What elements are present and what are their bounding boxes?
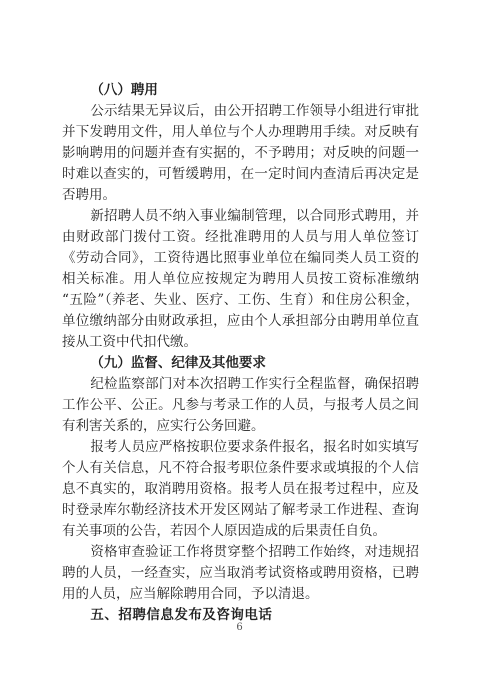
document-page: （八）聘用 公示结果无异议后，由公开招聘工作领导小组进行审批并下发聘用文件，用人… [0,0,479,678]
paragraph-qualification-review: 资格审查验证工作将贯穿整个招聘工作始终，对违规招聘的人员，一经查实，应当取消考试… [62,542,419,605]
paragraph-discipline-inspection: 纪检监察部门对本次招聘工作实行全程监督，确保招聘工作公平、公正。凡参与考录工作的… [62,374,419,437]
paragraph-application-rules: 报考人员应严格按职位要求条件报名，报名时如实填写个人有关信息，凡不符合报考职位条… [62,437,419,542]
page-number: 6 [0,621,479,635]
paragraph-public-notice: 公示结果无异议后，由公开招聘工作领导小组进行审批并下发聘用文件，用人单位与个人办… [62,101,419,206]
section-heading-supervision: （九）监督、纪律及其他要求 [62,353,419,374]
document-body: （八）聘用 公示结果无异议后，由公开招聘工作领导小组进行审批并下发聘用文件，用人… [62,80,419,626]
paragraph-contract-salary: 新招聘人员不纳入事业编制管理，以合同形式聘用，并由财政部门拨付工资。经批准聘用的… [62,206,419,353]
section-heading-employment: （八）聘用 [62,80,419,101]
